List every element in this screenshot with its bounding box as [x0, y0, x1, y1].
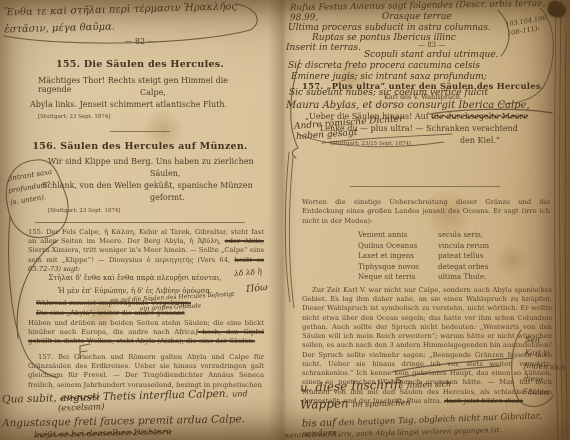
poem-156-line: Wir sind Klippe und Berg. Uns haben zu z…: [48, 157, 263, 166]
margin-note-line: diese Säulen: [522, 372, 567, 400]
verse-col2: detegat orbes: [438, 262, 488, 271]
footnote-157: 157. Bei Griechen und Römern galten Abyl…: [28, 353, 264, 390]
footnote-divider: [35, 222, 245, 223]
section-155-heading: 155. Die Säulen des Hercules.: [0, 59, 280, 70]
foxing-spot: [495, 245, 529, 275]
margin-note-intrant: „intrant saxa profundum“ (s. unten).: [6, 163, 73, 208]
hand-latin-text: Qua subit,: [2, 392, 60, 406]
footnote-huben: Hüben und drüben an beiden Seiten stehn …: [28, 319, 264, 347]
hand-latin-text: und: [232, 389, 248, 398]
poem-155-line: Abyla links. Jenseit schimmert atlantisc…: [30, 100, 260, 109]
poem-157-struck: nie durchsegelte Meere: [431, 112, 528, 121]
verse-col1: Neque sit terris: [358, 272, 438, 283]
verse-col2: secula seris,: [438, 230, 483, 239]
footnote-155: 155. Der Fels Calpe, ἡ Κάλπη, Kebir al T…: [28, 228, 264, 274]
dateline: [Stuttgart; 23 Sept. 1874]: [38, 114, 110, 120]
verse-col1: Venient annis: [358, 230, 438, 241]
hand-bottom-text: Wappen: [300, 396, 349, 412]
hand-latin-quote: Angustasque freti fauces premit ardua Ca…: [2, 413, 282, 430]
avienus-note-line: Scopuli stant ardui utrimque.: [364, 50, 499, 60]
poem-156-line: Säulen,: [150, 169, 180, 178]
hand-bottom-text: im spanischen: [352, 398, 410, 409]
page-gutter-shadow: [268, 0, 298, 440]
section-156-heading: 156. Säulen des Hercules auf Münzen.: [0, 141, 280, 152]
hand-bottom-text: finden sich: [407, 379, 452, 390]
verse-col2: vincula rerum: [438, 241, 489, 250]
struck-correction: heißt es: [234, 256, 264, 264]
hand-struck-line: heißt es bei denselben Dichtern: [34, 427, 172, 440]
footnote-155-text: Sierra Ximiera, tritt weniger in's Meer …: [28, 246, 264, 263]
poem-155-line: Calpe,: [140, 88, 166, 97]
page-number-left: — 82 —: [0, 37, 280, 46]
poem-157-line: den Kiel.“: [460, 136, 500, 145]
verse-col1: Quibus Oceanus: [358, 241, 438, 252]
avienus-note-line: Ultima proceras subducit in astra column…: [288, 23, 491, 33]
greek-verse-line: Στῆλαι δ' ἔνθα καὶ ἔνθα παρὰ πλευρῇσι κέ…: [20, 272, 250, 285]
margin-scribble: Πόω: [245, 282, 268, 295]
page-number-right: — 83 —: [418, 41, 445, 49]
poem-156-line: geformt.: [150, 193, 185, 202]
avienus-note-line: Orasque terrae: [382, 12, 452, 22]
verse-col2: ultima Thule.: [438, 272, 486, 281]
avienus-note-line: Maura Abylas, et dorso consurgit Iberica…: [286, 100, 530, 111]
verse-col1: Tiphysque novos: [358, 262, 438, 273]
verse-col1: Laxet et ingens: [358, 251, 438, 262]
latin-verse-table: Venient annissecula seris, Quibus Oceanu…: [358, 230, 489, 283]
verse-col2: pateat tellus: [438, 251, 484, 260]
dateline: [Stuttgart; 23 Sept. 1874]: [48, 208, 120, 214]
section-divider: [350, 186, 500, 187]
book-scan: Ἔνθα τε καὶ στῆλαι περὶ τέρμασιν Ἡρακλῆο…: [0, 0, 570, 440]
paragraph-worten: Worten die einstige Ueberschreitung dies…: [302, 198, 550, 226]
margin-note-seit-karl: Seit Karl V. finden sich diese Säulen: [522, 333, 569, 400]
hand-latin-text: Thetis interflua Calpen.: [99, 388, 232, 403]
hand-insertion-excelsam: (excelsam): [58, 402, 105, 414]
poem-156-line: Schlank, von den Wellen geküßt, spanisch…: [42, 181, 267, 190]
greek-annotation: Ἔνθα τε καὶ στῆλαι περὶ τέρμασιν Ἡρακλῆο…: [4, 0, 267, 38]
struck-correction: oder Abila,: [225, 237, 264, 245]
margin-scribble: λδ λδ ἢ: [234, 267, 262, 278]
section-divider: [110, 131, 170, 132]
dateline: (Stuttgart; 23/25 Sept. 1874): [330, 141, 411, 147]
struck-print: Auch jetzt bilden diese: [444, 397, 523, 405]
hand-bottom-line: Wappen im spanischen: [300, 394, 411, 412]
avienus-note-line: Sic discreta freto procera cacumina cels…: [288, 61, 480, 71]
